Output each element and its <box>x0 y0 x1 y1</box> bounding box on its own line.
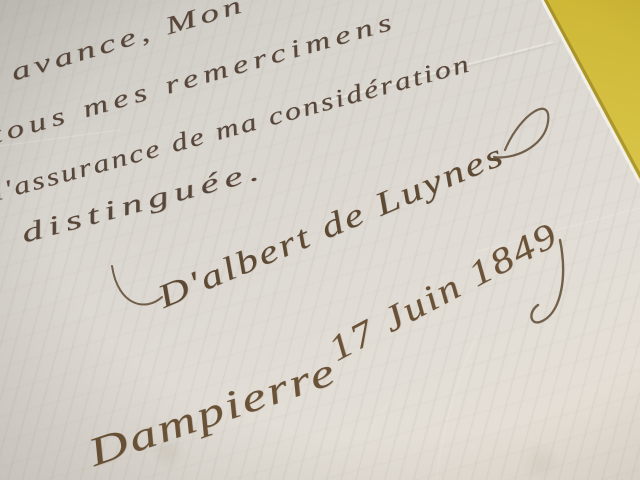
letter-photograph: avance, Mon tous mes remercimens l'assur… <box>0 0 640 480</box>
